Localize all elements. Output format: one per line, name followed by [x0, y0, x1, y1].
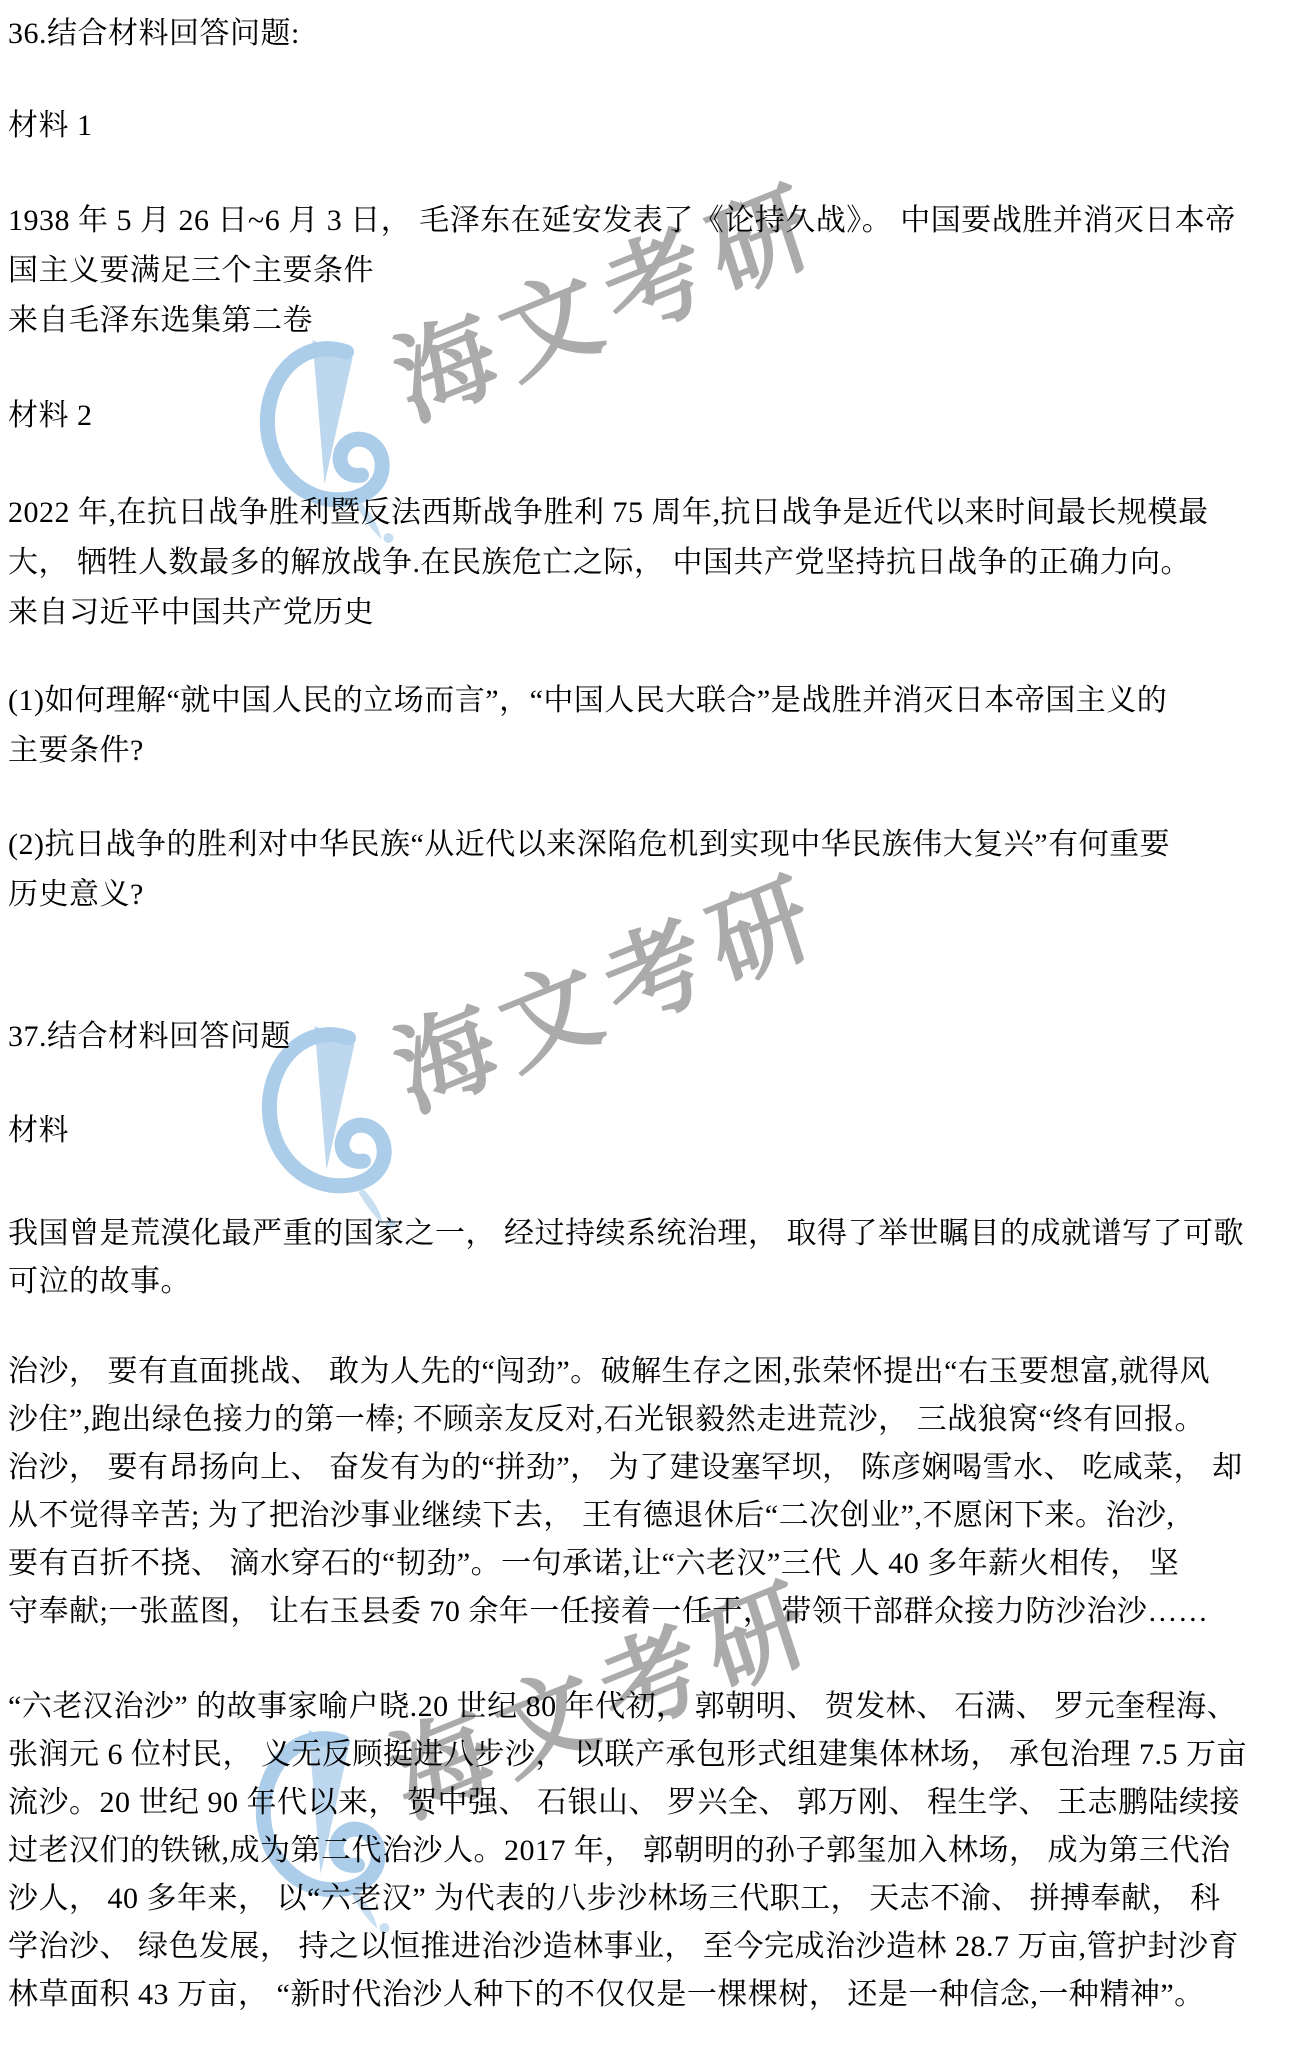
question-36-subquestion-2: (2)抗日战争的胜利对中华民族“从近代以来深陷危机到实现中华民族伟大复兴”有何重… — [8, 820, 1291, 920]
question-36-subquestion-1: (1)如何理解“就中国人民的立场而言”，“中国人民大联合”是战胜并消灭日本帝国主… — [8, 676, 1291, 776]
question-37-heading: 37.结合材料回答问题 — [8, 1017, 1291, 1057]
material-intro-text: 我国曾是荒漠化最严重的国家之一， 经过持续系统治理， 取得了举世瞩目的成就谱写了… — [8, 1210, 1291, 1306]
material-2-text: 2022 年,在抗日战争胜利暨反法西斯战争胜利 75 周年,抗日战争是近代以来时… — [8, 488, 1291, 638]
document-page: 海文考研 海文考研 海文考研 36.结合材料回答问题: 材料 1 1938 年 … — [0, 0, 1297, 2053]
material-label: 材料 — [8, 1111, 1291, 1151]
material-1-text: 1938 年 5 月 26 日~6 月 3 日， 毛泽东在延安发表了《论持久战》… — [8, 196, 1291, 346]
material-paragraph-2: “六老汉治沙” 的故事家喻户晓.20 世纪 80 年代初， 郭朝明、 贺发林、 … — [8, 1683, 1291, 2019]
question-36-heading: 36.结合材料回答问题: — [8, 14, 1291, 54]
material-paragraph-1: 治沙， 要有直面挑战、 敢为人先的“闯劲”。破解生存之困,张荣怀提出“右玉要想富… — [8, 1348, 1291, 1636]
material-2-label: 材料 2 — [8, 396, 1291, 436]
material-1-label: 材料 1 — [8, 106, 1291, 146]
